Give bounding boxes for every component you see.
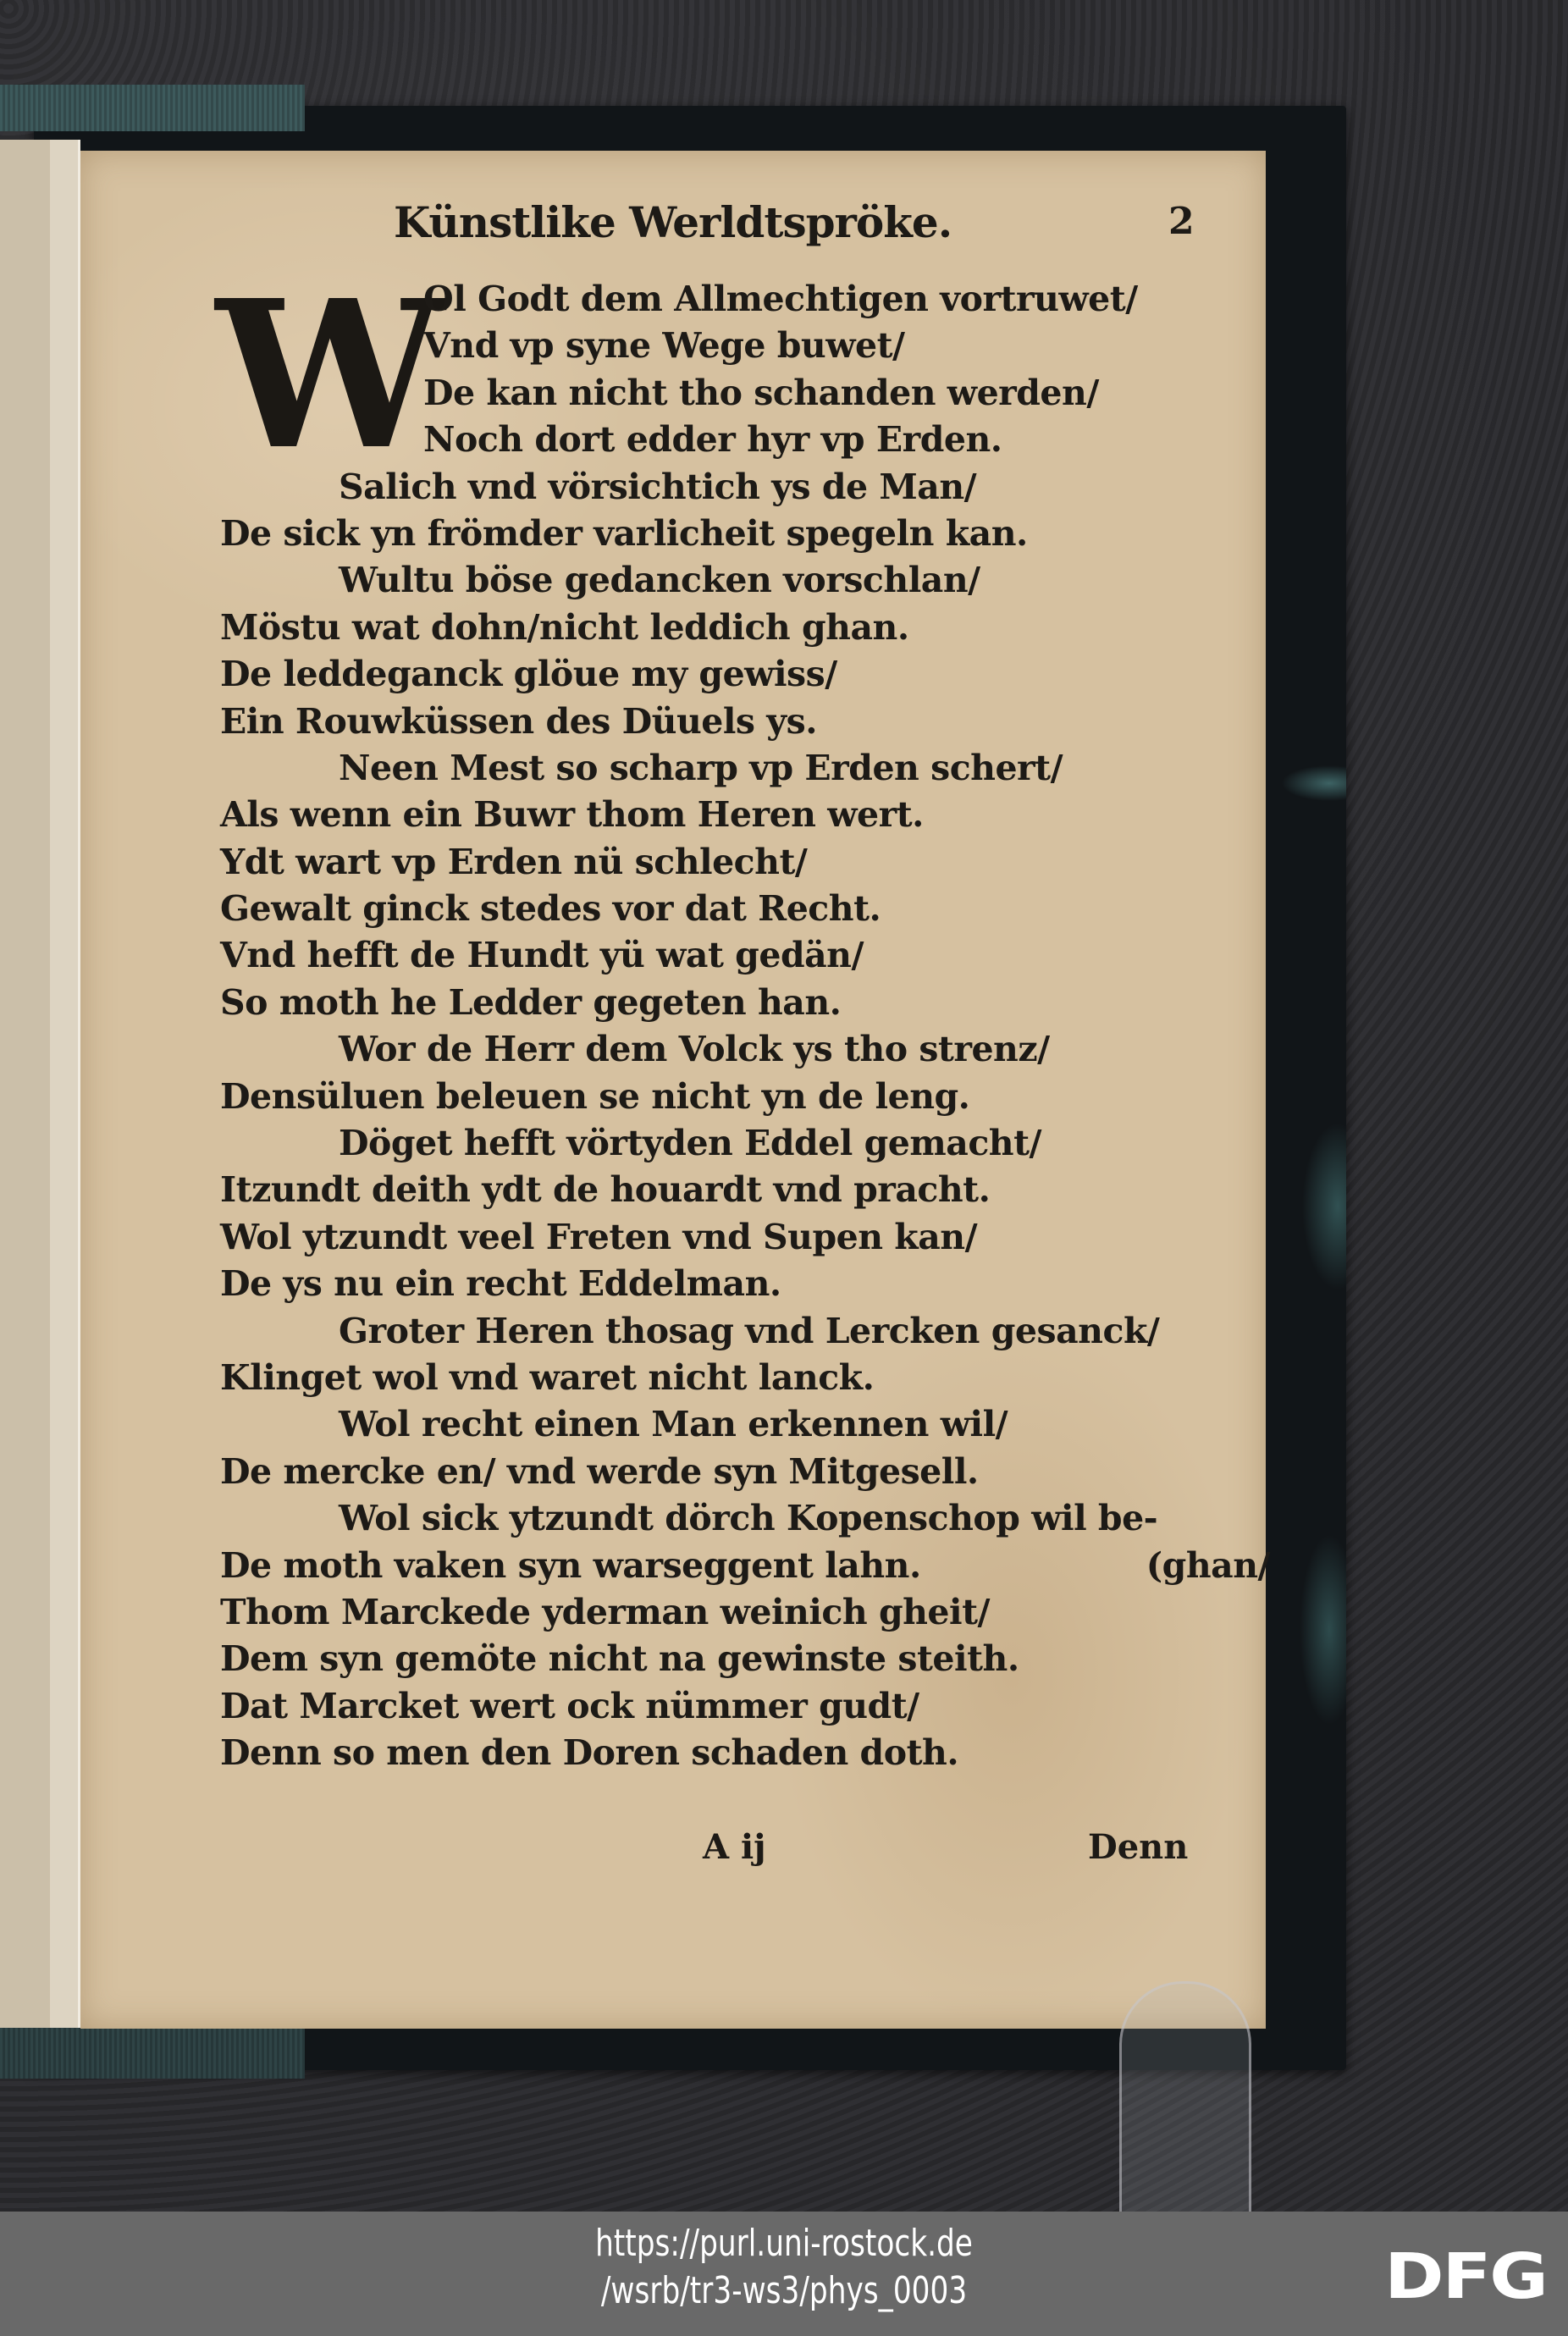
book-page: Künstlike Werldtspröke. 2 W Ol Godt dem …	[80, 151, 1266, 2029]
verse-line: Wol ytzundt veel Freten vnd Supen kan/	[220, 1214, 1270, 1261]
verse-line-text: Möstu wat dohn/nicht leddich ghan.	[220, 607, 909, 648]
verse-line: Vnd hefft de Hundt yü wat gedän/	[220, 932, 1270, 979]
verse-line-text: Ein Rouwküssen des Düuels ys.	[220, 701, 817, 742]
flyleaf	[0, 140, 80, 2028]
verse-line-text: Wol ytzundt veel Freten vnd Supen kan/	[220, 1217, 977, 1257]
verse-line: De kan nicht tho schanden werden/	[220, 370, 1270, 417]
verse-line-text: Wultu böse gedancken vorschlan/	[339, 560, 980, 600]
verse-line: Noch dort edder hyr vp Erden.	[220, 417, 1270, 463]
verse-line: De sick yn frömder varlicheit spegeln ka…	[220, 511, 1270, 557]
verse-line: Vnd vp syne Wege buwet/	[220, 323, 1270, 369]
verse-line-text: De sick yn frömder varlicheit spegeln ka…	[220, 513, 1028, 554]
verse-line: Döget hefft vörtyden Eddel gemacht/	[220, 1120, 1270, 1167]
headband-top	[0, 85, 305, 131]
signature-mark: A ij	[703, 1827, 766, 1867]
verse-line-text: Wor de Herr dem Volck ys tho strenz/	[339, 1029, 1050, 1069]
verse-line: Salich vnd vörsichtich ys de Man/	[220, 464, 1270, 511]
dfg-logo: DFG	[1384, 2247, 1547, 2306]
verse-line-text: Wol sick ytzundt dörch Kopenschop wil be…	[339, 1498, 1157, 1538]
verse-line: Denn so men den Doren schaden doth.	[220, 1730, 1270, 1776]
verse-line: So moth he Ledder gegeten han.	[220, 980, 1270, 1026]
verse-line-overflow: (ghan/	[1146, 1543, 1270, 1589]
verse-line: Möstu wat dohn/nicht leddich ghan.	[220, 605, 1270, 651]
verse-line-text: Salich vnd vörsichtich ys de Man/	[339, 467, 976, 507]
verse-line-text: Itzundt deith ydt de houardt vnd pracht.	[220, 1169, 990, 1210]
verse-line: Dem syn gemöte nicht na gewinste steith.	[220, 1636, 1270, 1682]
verse-line-text: Döget hefft vörtyden Eddel gemacht/	[339, 1123, 1041, 1163]
verse-line-text: Wol recht einen Man erkennen wil/	[339, 1404, 1008, 1444]
verse-line: Ein Rouwküssen des Düuels ys.	[220, 699, 1270, 745]
footer-bar: https://purl.uni-rostock.de /wsrb/tr3-ws…	[0, 2212, 1568, 2336]
verse-line-text: Ol Godt dem Allmechtigen vortruwet/	[423, 279, 1138, 319]
verse-line: De leddeganck glöue my gewiss/	[220, 651, 1270, 698]
plastic-page-clip	[1119, 1981, 1251, 2214]
verse-line-text: Thom Marckede yderman weinich gheit/	[220, 1592, 990, 1632]
verse-line: Wol sick ytzundt dörch Kopenschop wil be…	[220, 1495, 1270, 1542]
page-number: 2	[1168, 200, 1195, 243]
verse-line-text: Densüluen beleuen se nicht yn de leng.	[220, 1076, 969, 1117]
verse-line-text: Dem syn gemöte nicht na gewinste steith.	[220, 1638, 1019, 1679]
verse-line-text: De mercke en/ vnd werde syn Mitgesell.	[220, 1451, 979, 1492]
verse-line-text: De ys nu ein recht Eddelman.	[220, 1263, 781, 1304]
verse-line-text: Groter Heren thosag vnd Lercken gesanck/	[339, 1311, 1159, 1351]
catchword: Denn	[1088, 1827, 1188, 1867]
verse-line: Itzundt deith ydt de houardt vnd pracht.	[220, 1167, 1270, 1213]
permalink-line-1[interactable]: https://purl.uni-rostock.de	[173, 2222, 1396, 2265]
verse-line-text: De kan nicht tho schanden werden/	[423, 373, 1099, 413]
verse-line-text: De leddeganck glöue my gewiss/	[220, 654, 837, 694]
verse-line: De ys nu ein recht Eddelman.	[220, 1261, 1270, 1307]
verse-line: Wor de Herr dem Volck ys tho strenz/	[220, 1026, 1270, 1073]
verse-line-text: Als wenn ein Buwr thom Heren wert.	[220, 794, 924, 835]
verse-line: Dat Marcket wert ock nümmer gudt/	[220, 1683, 1270, 1730]
verse-line-text: Gewalt ginck stedes vor dat Recht.	[220, 888, 881, 929]
verse-line: Wultu böse gedancken vorschlan/	[220, 557, 1270, 604]
verse-line: Ol Godt dem Allmechtigen vortruwet/	[220, 276, 1270, 323]
verse-line-text: So moth he Ledder gegeten han.	[220, 982, 841, 1023]
verse-line: Ydt wart vp Erden nü schlecht/	[220, 839, 1270, 886]
verse-line: Groter Heren thosag vnd Lercken gesanck/	[220, 1308, 1270, 1355]
verse-line-text: Dat Marcket wert ock nümmer gudt/	[220, 1686, 919, 1726]
verse-line: Thom Marckede yderman weinich gheit/	[220, 1589, 1270, 1636]
verse-line: Klinget wol vnd waret nicht lanck.	[220, 1355, 1270, 1401]
verse-line-text: Vnd vp syne Wege buwet/	[423, 325, 905, 366]
permalink-line-2[interactable]: /wsrb/tr3-ws3/phys_0003	[173, 2269, 1396, 2312]
headband-bottom	[0, 2028, 305, 2079]
running-head: Künstlike Werldtspröke.	[394, 197, 952, 247]
verse-line: Wol recht einen Man erkennen wil/	[220, 1401, 1270, 1448]
verse-line-text: Noch dort edder hyr vp Erden.	[423, 419, 1002, 460]
verse-line: Densüluen beleuen se nicht yn de leng.	[220, 1074, 1270, 1120]
verse-line-text: De moth vaken syn warseggent lahn.	[220, 1545, 921, 1586]
verse-line: Gewalt ginck stedes vor dat Recht.	[220, 886, 1270, 932]
verse-line-text: Ydt wart vp Erden nü schlecht/	[220, 842, 807, 882]
verse-line-text: Vnd hefft de Hundt yü wat gedän/	[220, 935, 864, 975]
verse-line: Neen Mest so scharp vp Erden schert/	[220, 745, 1270, 792]
verse-line-text: Klinget wol vnd waret nicht lanck.	[220, 1357, 874, 1398]
verse-line-text: Neen Mest so scharp vp Erden schert/	[339, 748, 1063, 788]
verse-line-text: Denn so men den Doren schaden doth.	[220, 1732, 958, 1773]
verse-line: De moth vaken syn warseggent lahn.(ghan/	[220, 1543, 1270, 1589]
verse-text: Ol Godt dem Allmechtigen vortruwet/Vnd v…	[220, 276, 1270, 1777]
verse-line: De mercke en/ vnd werde syn Mitgesell.	[220, 1449, 1270, 1495]
verse-line: Als wenn ein Buwr thom Heren wert.	[220, 792, 1270, 838]
